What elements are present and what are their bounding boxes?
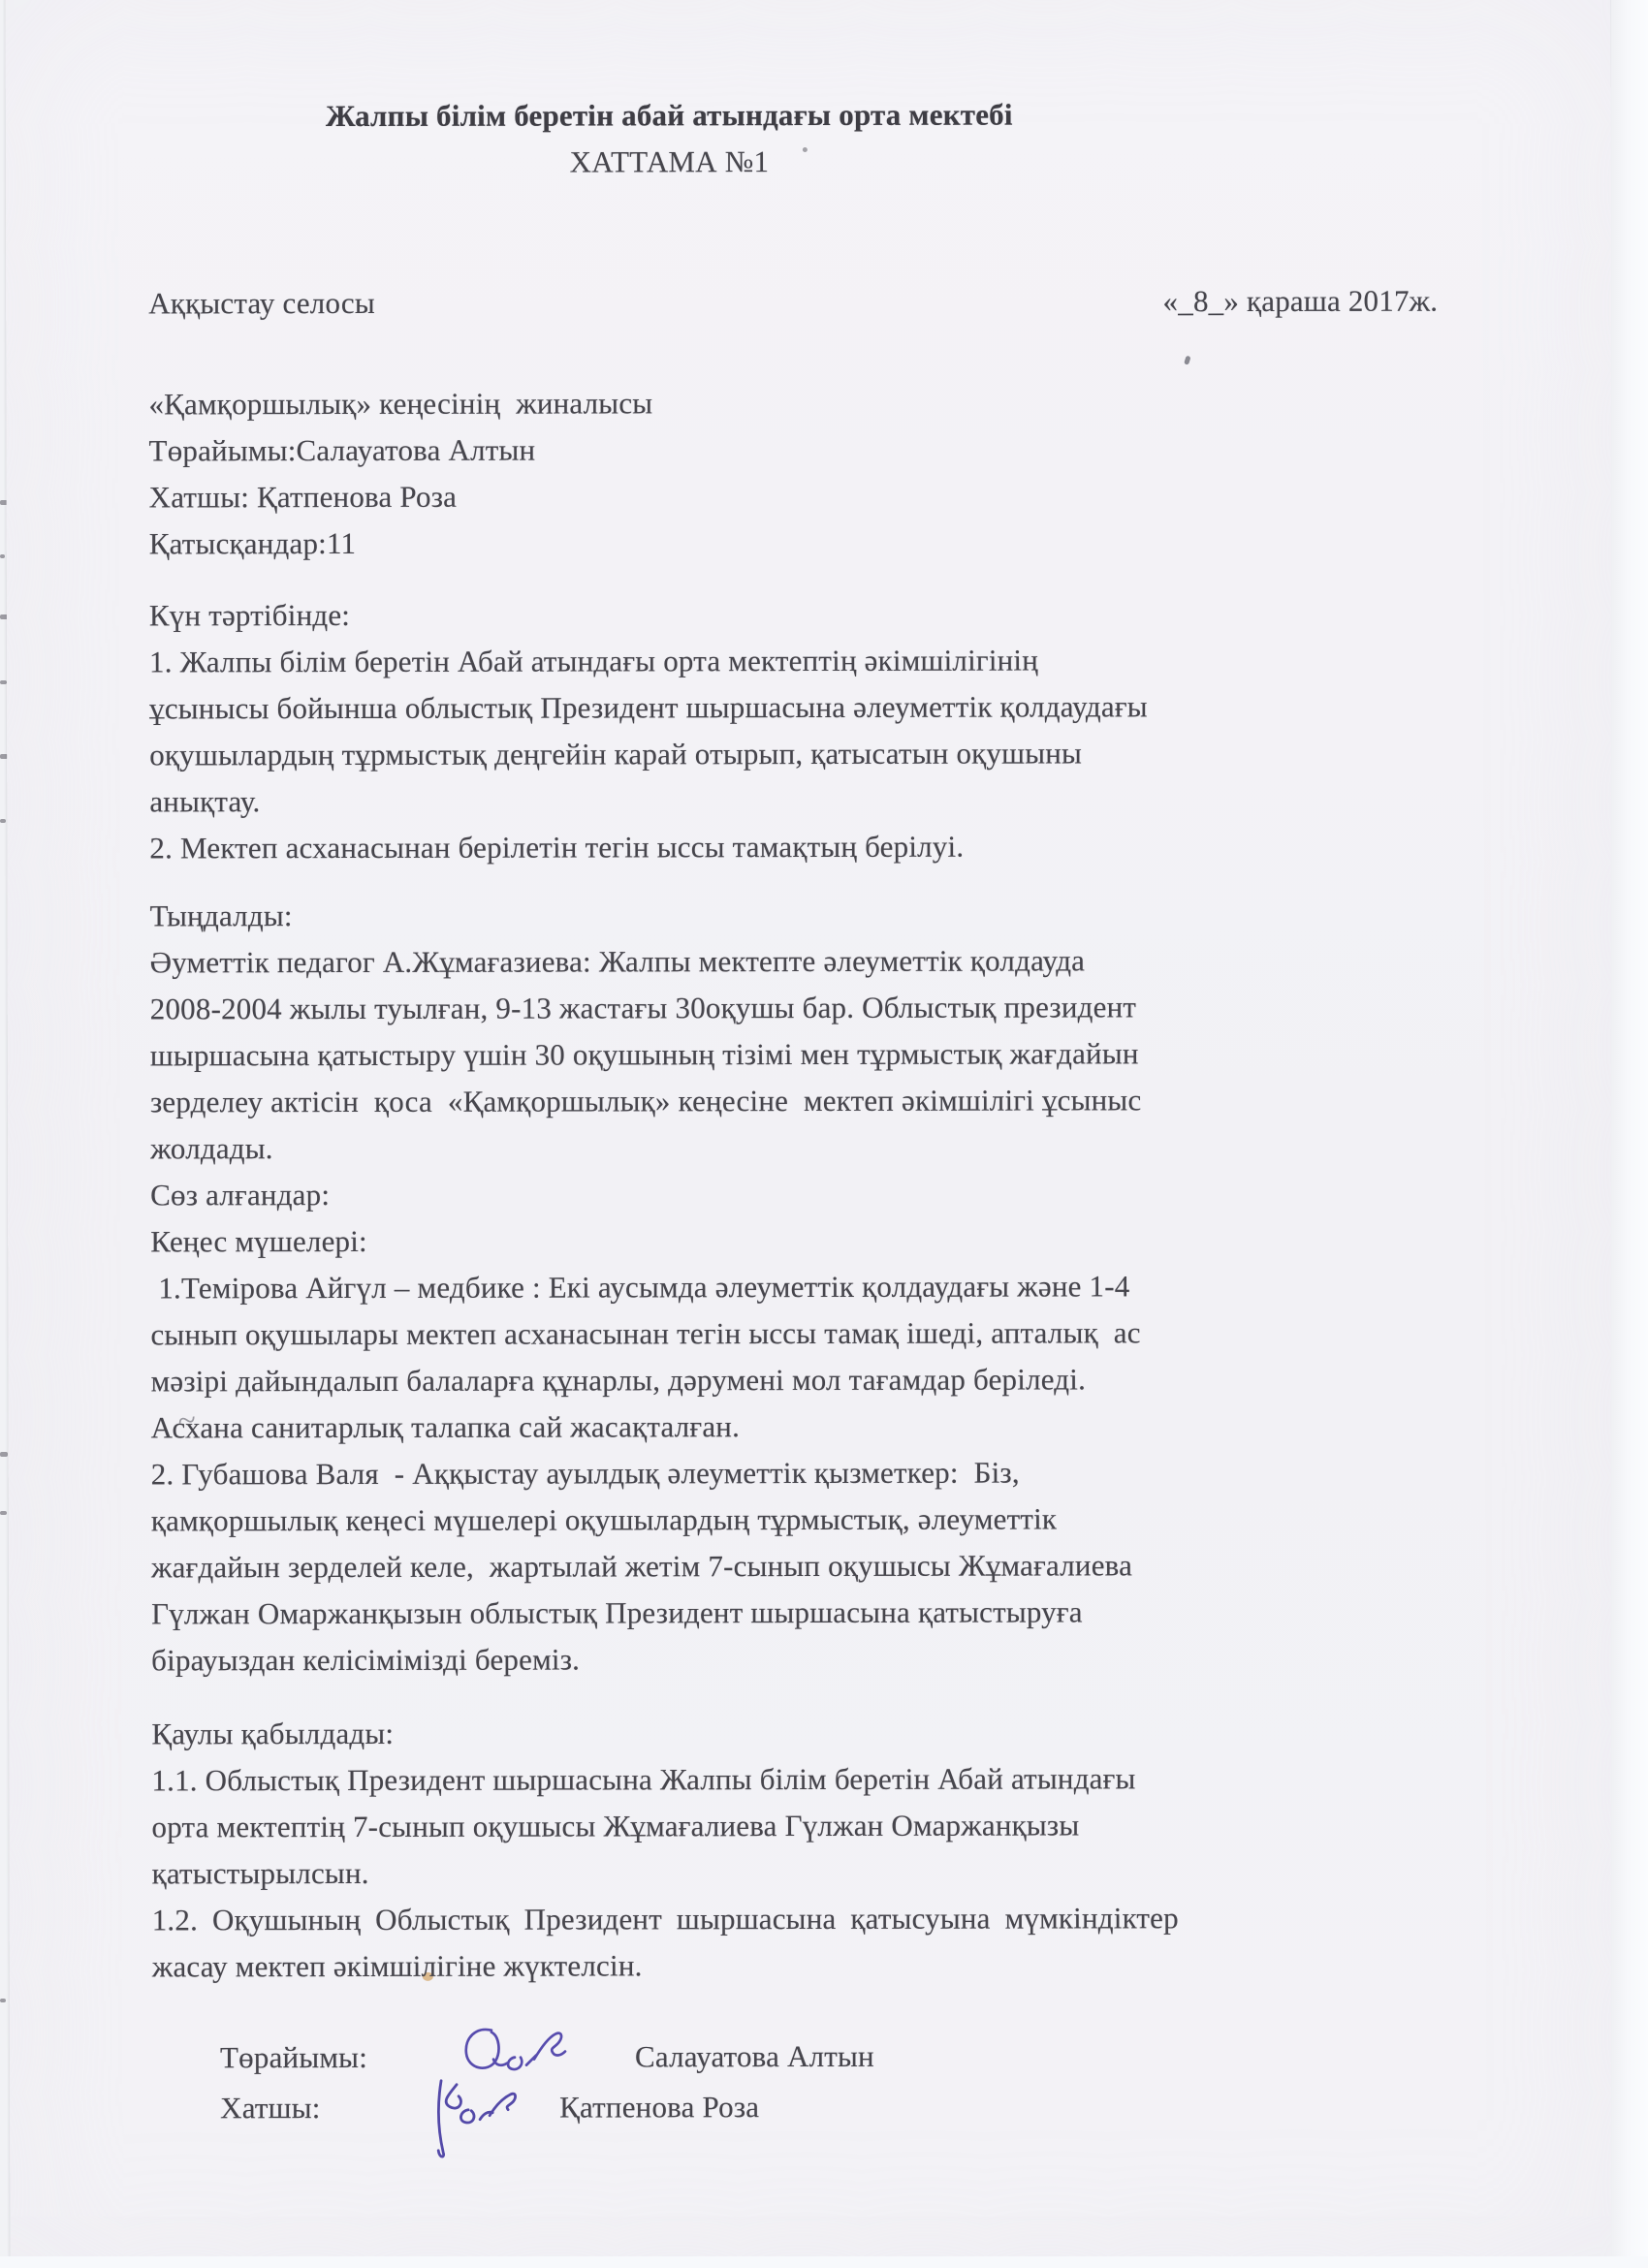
speaker2-line: жағдайын зерделей келе, жартылай жетім 7…	[151, 1542, 1455, 1591]
speaker1-line: Асхана санитарлық талапка сай жасақталға…	[151, 1402, 1455, 1452]
agenda-line: анықтау.	[149, 776, 1453, 826]
speaker2-line: Гүлжан Омаржанқызын облыстық Президент ш…	[151, 1589, 1455, 1638]
agenda-line: оқушылардың тұрмыстық деңгейін карай оты…	[149, 730, 1453, 779]
secretary-signature-row: Хатшы: Қатпенова Роза	[152, 2083, 1456, 2136]
chair-signature	[459, 2020, 586, 2082]
speaker2-line: қамқоршылық кеңесі мүшелері оқушылардың …	[151, 1496, 1455, 1545]
chair-name: Салауатова Алтын	[635, 2033, 874, 2081]
secretary-label: Хатшы:	[220, 2085, 321, 2131]
speakers-section: Сөз алғандар: Кеңес мүшелері: 1.Темірова…	[150, 1170, 1455, 1685]
heard-heading: Тыңдалды:	[149, 891, 1453, 940]
resolution-line: қатыстырылсын.	[152, 1848, 1456, 1898]
agenda-line: ұсынысы бойынша облыстық Президент шырша…	[149, 683, 1453, 733]
scanner-bottom-margin	[0, 2256, 1648, 2268]
heard-line: жолдады.	[150, 1123, 1454, 1173]
members-heading: Кеңес мүшелері:	[150, 1216, 1454, 1266]
resolution-line: 1.2. Оқушының Облыстық Президент шыршасы…	[152, 1895, 1456, 1944]
attendees-line: Қатысқандар:11	[149, 519, 1453, 568]
scan-artifact	[0, 1452, 8, 1457]
speaker2-line: 2. Губашова Валя - Аққыстау ауылдық әлеу…	[151, 1449, 1455, 1498]
speakers-heading: Сөз алғандар:	[150, 1170, 1454, 1219]
paper-corner	[14, 0, 43, 10]
agenda-line: 1. Жалпы білім беретін Абай атындағы орт…	[149, 637, 1453, 686]
agenda-section: Күн тәртібінде: 1. Жалпы білім беретін А…	[149, 590, 1454, 872]
scan-artifact	[0, 1999, 6, 2002]
scan-artifact	[0, 819, 6, 823]
scan-artifact	[0, 680, 7, 684]
scanned-protocol-document: { "header": { "title1": "Жалпы білім бер…	[0, 0, 1648, 2268]
chair-signature-row: Төрайымы: Салауатова Алтын	[152, 2032, 1456, 2086]
resolution-section: Қаулы қабылдады: 1.1. Облыстық Президент…	[151, 1709, 1456, 1991]
document-date: «_8_» қараша 2017ж.	[1162, 278, 1438, 326]
intro-section: «Қамқоршылық» кеңесінің жиналысы Төрайым…	[148, 379, 1452, 568]
scan-artifact	[0, 1511, 7, 1515]
chairperson-line: Төрайымы:Салауатова Алтын	[148, 425, 1452, 475]
secretary-signature	[420, 2077, 524, 2162]
speaker1-line: мәзірі дайындалып балаларға құнарлы, дәр…	[150, 1356, 1454, 1405]
secretary-line: Хатшы: Қатпенова Роза	[149, 472, 1453, 521]
resolution-line: орта мектептің 7-сынып оқушысы Жұмағалие…	[151, 1802, 1455, 1851]
signature-block: Төрайымы: Салауатова Алтын Хатшы:	[152, 2032, 1456, 2136]
place-date-row: Аққыстау селосы «_8_» қараша 2017ж.	[148, 278, 1438, 328]
resolution-heading: Қаулы қабылдады:	[151, 1709, 1455, 1758]
place-name: Аққыстау селосы	[148, 280, 375, 327]
council-meeting-line: «Қамқоршылық» кеңесінің жиналысы	[148, 379, 1452, 428]
speaker2-line: бірауыздан келісімімізді береміз.	[151, 1635, 1455, 1685]
speaker1-line: 1.Темірова Айгүл – медбике : Екі аусымда…	[150, 1263, 1454, 1312]
heard-line: зерделеу актісін қоса «Қамқоршылық» кеңе…	[150, 1077, 1454, 1126]
handwritten-margin-tick: ~	[176, 1402, 198, 1440]
agenda-heading: Күн тәртібінде:	[149, 590, 1453, 640]
document-title: Жалпы білім беретін абай атындағы орта м…	[148, 91, 1190, 140]
scan-artifact	[0, 554, 5, 558]
resolution-line: жасау мектеп әкімшілігіне жүктелсін.	[152, 1941, 1456, 1991]
document-content: ~ Жалпы білім беретін абай атындағы орта…	[148, 0, 1457, 2135]
resolution-line: 1.1. Облыстық Президент шыршасына Жалпы …	[151, 1755, 1455, 1805]
scanner-right-margin	[1611, 0, 1648, 2268]
heard-line: Әуметтік педагог А.Жұмағазиева: Жалпы ме…	[150, 937, 1454, 987]
document-page: ~ Жалпы білім беретін абай атындағы орта…	[6, 0, 1616, 2263]
agenda-line: 2. Мектеп асханасынан берілетін тегін ыс…	[149, 823, 1453, 872]
heard-section: Тыңдалды: Әуметтік педагог А.Жұмағазиева…	[149, 891, 1454, 1173]
chair-label: Төрайымы:	[220, 2034, 367, 2081]
heard-line: шыршасына қатыстыру үшін 30 оқушының тіз…	[150, 1030, 1454, 1080]
protocol-number: ХАТТАМА №1	[148, 138, 1190, 186]
heard-line: 2008-2004 жылы туылған, 9-13 жастағы 30о…	[150, 984, 1454, 1033]
speaker1-line: сынып оқушылары мектеп асханасынан тегін…	[150, 1309, 1454, 1359]
secretary-name: Қатпенова Роза	[559, 2084, 759, 2130]
